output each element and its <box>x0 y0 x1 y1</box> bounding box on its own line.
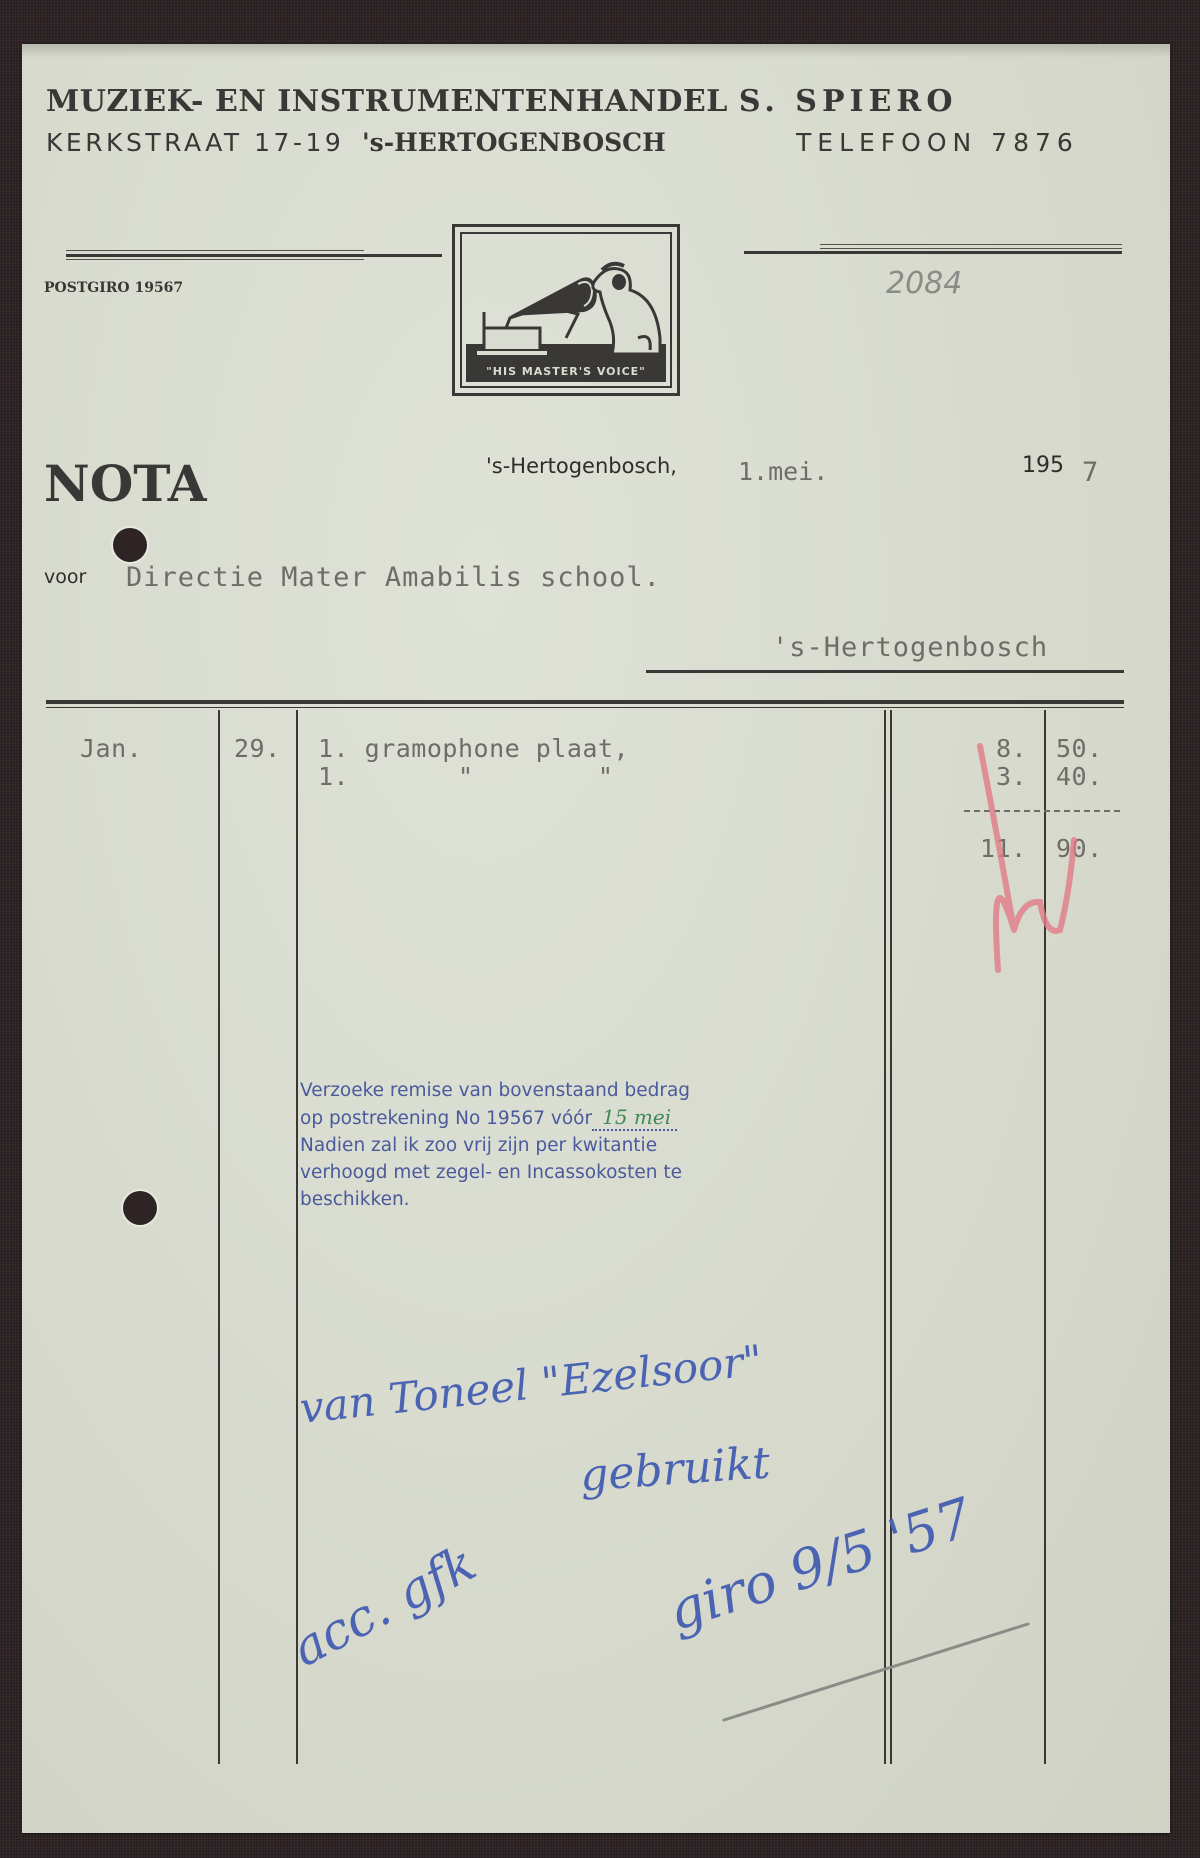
invoice-title: NOTA <box>44 454 207 513</box>
stamp-line-3: Nadien zal ik zoo vrij zijn per kwitanti… <box>300 1132 900 1159</box>
stamp-line-2: op postrekening No 19567 vóór15 mei <box>300 1104 900 1132</box>
left-rule <box>66 254 442 257</box>
row-1-day: 29. <box>234 734 281 763</box>
punch-hole-bottom <box>123 1191 157 1225</box>
company-name: MUZIEK- EN INSTRUMENTENHANDEL S. SPIERO <box>46 84 957 119</box>
stamp-line-4: verhoogd met zegel- en Incassokosten te <box>300 1159 900 1186</box>
payment-request-stamp: Verzoeke remise van bovenstaand bedrag o… <box>300 1077 900 1213</box>
red-check-mark-icon <box>970 740 1080 980</box>
column-divider-day <box>296 710 298 1764</box>
for-label: voor <box>44 566 86 588</box>
addressee: Directie Mater Amabilis school. <box>126 562 661 593</box>
row-1-month: Jan. <box>80 734 142 763</box>
addressee-underline <box>646 670 1124 673</box>
invoice-date: 1.mei. <box>738 457 828 486</box>
logo-caption: "HIS MASTER'S VOICE" <box>462 365 670 378</box>
street-address: KERKSTRAAT 17-19 <box>46 128 344 157</box>
right-rule <box>744 251 1122 254</box>
table-top-rule <box>46 700 1124 708</box>
column-divider-desc-b <box>890 710 892 1764</box>
city-name: 's-HERTOGENBOSCH <box>362 128 666 157</box>
row-1-description: 1. gramophone plaat, <box>318 734 629 763</box>
telephone-number: TELEFOON 7876 <box>796 128 1079 157</box>
column-divider-desc-a <box>884 710 886 1764</box>
archive-number: 2084 <box>886 266 962 301</box>
punch-hole-top <box>113 528 147 562</box>
column-divider-month <box>218 710 220 1764</box>
company-label: MUZIEK- EN INSTRUMENTENHANDEL <box>46 84 728 119</box>
place-label: 's-Hertogenbosch, <box>486 454 677 478</box>
gramophone-dog-icon <box>466 242 676 362</box>
pencil-stroke <box>700 1610 1040 1730</box>
his-masters-voice-logo: "HIS MASTER'S VOICE" <box>452 224 680 396</box>
postgiro-number: POSTGIRO 19567 <box>44 280 183 296</box>
stamp-line-2-prefix: op postrekening No 19567 vóór <box>300 1108 592 1129</box>
due-date-handwritten: 15 mei <box>602 1105 671 1129</box>
stamp-line-5: beschikken. <box>300 1186 900 1213</box>
year-typed: 7 <box>1082 457 1098 488</box>
stamp-line-1: Verzoeke remise van bovenstaand bedrag <box>300 1077 900 1104</box>
row-2-description: 1. " " <box>318 762 613 791</box>
year-prefix: 195 <box>1022 453 1064 478</box>
owner-name: S. SPIERO <box>739 84 958 119</box>
addressee-city: 's-Hertogenbosch <box>772 632 1048 663</box>
